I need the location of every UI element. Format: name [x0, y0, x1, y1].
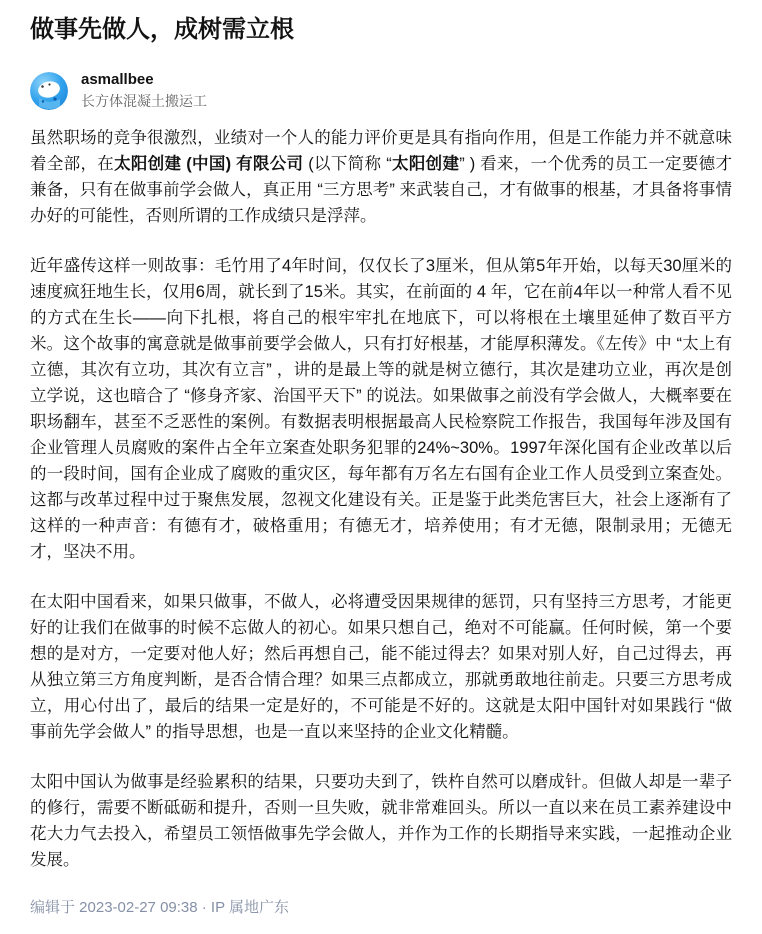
- article-page: 做事先做人，成树需立根: [0, 0, 762, 934]
- author-meta: asmallbee 长方体混凝土搬运工: [81, 70, 207, 111]
- article-paragraph-1: 虽然职场的竞争很激烈，业绩对一个人的能力评价更是具有指向作用，但是工作能力并不就…: [30, 125, 732, 229]
- paragraph-text: (以下简称 “: [303, 155, 391, 173]
- article-paragraph-3: 在太阳中国看来，如果只做事，不做人，必将遭受因果规律的惩罚，只有坚持三方思考，才…: [30, 589, 732, 745]
- company-name-bold: 太阳创建 (中国) 有限公司: [114, 155, 303, 173]
- article-paragraph-4: 太阳中国认为做事是经验累积的结果，只要功夫到了，铁杵自然可以磨成针。但做人却是一…: [30, 769, 732, 873]
- author-name[interactable]: asmallbee: [81, 70, 207, 90]
- company-shortname-bold: 太阳创建: [392, 155, 460, 173]
- author-headline: 长方体混凝土搬运工: [81, 92, 207, 112]
- bee-avatar-icon: [30, 97, 68, 110]
- author-avatar[interactable]: [30, 72, 68, 110]
- author-card: asmallbee 长方体混凝土搬运工: [30, 70, 732, 111]
- article-title: 做事先做人，成树需立根: [30, 14, 732, 46]
- article-body: 虽然职场的竞争很激烈，业绩对一个人的能力评价更是具有指向作用，但是工作能力并不就…: [30, 125, 732, 873]
- article-paragraph-2: 近年盛传这样一则故事：毛竹用了4年时间，仅仅长了3厘米，但从第5年开始，以每天3…: [30, 253, 732, 565]
- edit-timestamp: 编辑于 2023-02-27 09:38 · IP 属地广东: [30, 897, 732, 918]
